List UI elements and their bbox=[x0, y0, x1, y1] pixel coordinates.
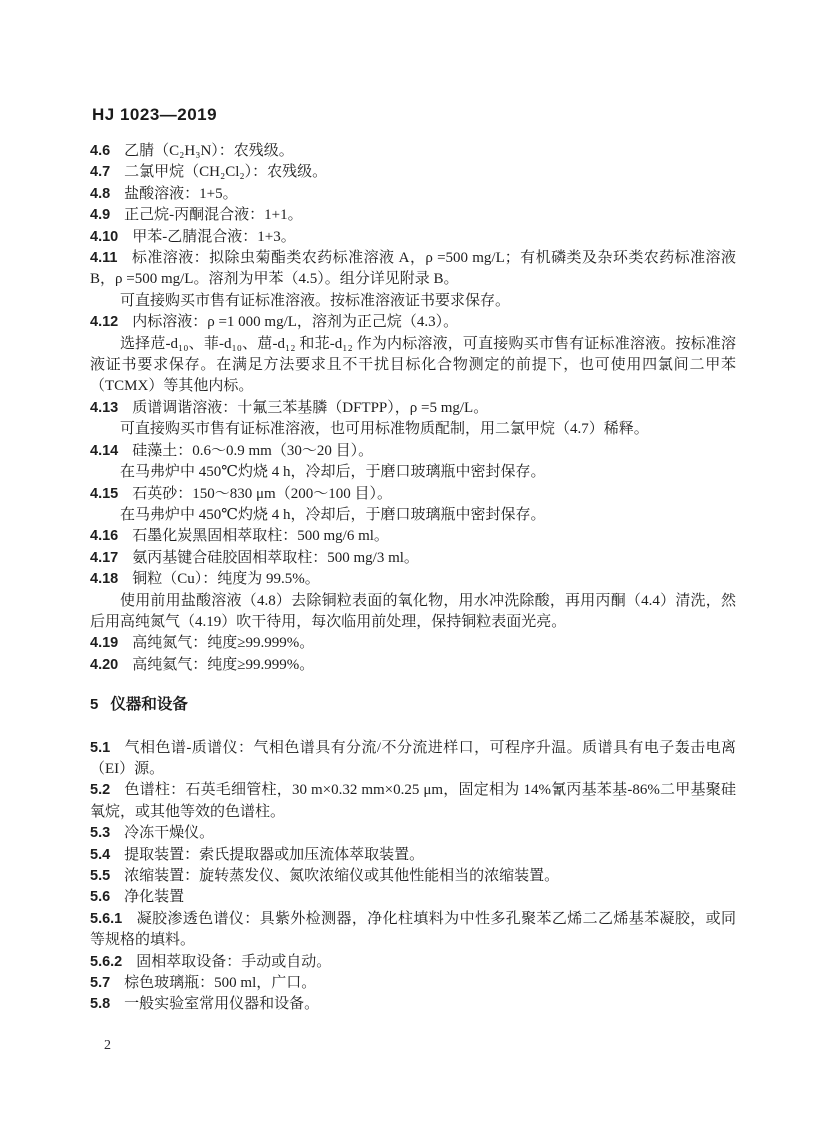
clause-number: 4.9 bbox=[90, 207, 110, 223]
clause-text: 石墨化炭黑固相萃取柱：500 mg/6 ml。 bbox=[132, 528, 389, 544]
clause-text: 固相萃取设备：手动或自动。 bbox=[136, 954, 331, 970]
clause-paragraph: 5.7棕色玻璃瓶：500 ml，广口。 bbox=[90, 973, 736, 994]
clause-text: 气相色谱-质谱仪：气相色谱具有分流/不分流进样口，可程序升温。质谱具有电子轰击电… bbox=[90, 740, 736, 777]
clause-paragraph: 4.13质谱调谐溶液：十氟三苯基膦（DFTPP），ρ =5 mg/L。 bbox=[90, 398, 736, 419]
clause-text: 一般实验室常用仪器和设备。 bbox=[124, 996, 319, 1012]
document-page: HJ 1023—2019 4.6乙腈（C₂H₃N）：农残级。4.7二氯甲烷（CH… bbox=[0, 0, 816, 1145]
body-paragraph: 在马弗炉中 450℃灼烧 4 h，冷却后，于磨口玻璃瓶中密封保存。 bbox=[90, 505, 736, 526]
clause-number: 4.18 bbox=[90, 571, 118, 587]
clause-paragraph: 4.19高纯氮气：纯度≥99.999%。 bbox=[90, 633, 736, 654]
clause-text: 浓缩装置：旋转蒸发仪、氮吹浓缩仪或其他性能相当的浓缩装置。 bbox=[124, 868, 559, 884]
clause-number: 4.8 bbox=[90, 186, 110, 202]
clause-text: 色谱柱：石英毛细管柱，30 m×0.32 mm×0.25 μm，固定相为 14%… bbox=[90, 782, 736, 819]
clause-number: 4.13 bbox=[90, 400, 118, 416]
clause-number: 5.6 bbox=[90, 889, 110, 905]
clause-text: 仪器和设备 bbox=[110, 696, 188, 713]
clause-text: 可直接购买市售有证标准溶液。按标准溶液证书要求保存。 bbox=[120, 293, 510, 309]
clause-paragraph: 5.2色谱柱：石英毛细管柱，30 m×0.32 mm×0.25 μm，固定相为 … bbox=[90, 780, 736, 823]
clause-paragraph: 4.8盐酸溶液：1+5。 bbox=[90, 184, 736, 205]
clause-paragraph: 5.5浓缩装置：旋转蒸发仪、氮吹浓缩仪或其他性能相当的浓缩装置。 bbox=[90, 866, 736, 887]
clause-text: 净化装置 bbox=[124, 889, 184, 905]
clause-paragraph: 5.1气相色谱-质谱仪：气相色谱具有分流/不分流进样口，可程序升温。质谱具有电子… bbox=[90, 738, 736, 781]
clause-paragraph: 5.8一般实验室常用仪器和设备。 bbox=[90, 994, 736, 1015]
clause-text: 高纯氮气：纯度≥99.999%。 bbox=[132, 635, 314, 651]
clause-paragraph: 4.16石墨化炭黑固相萃取柱：500 mg/6 ml。 bbox=[90, 526, 736, 547]
clause-number: 4.7 bbox=[90, 164, 110, 180]
clause-paragraph: 5.3冷冻干燥仪。 bbox=[90, 823, 736, 844]
clause-text: 标准溶液：拟除虫菊酯类农药标准溶液 A，ρ =500 mg/L；有机磷类及杂环类… bbox=[90, 250, 736, 287]
clause-number: 5.4 bbox=[90, 847, 110, 863]
clause-text: 质谱调谐溶液：十氟三苯基膦（DFTPP），ρ =5 mg/L。 bbox=[132, 400, 488, 416]
clause-text: 提取装置：索氏提取器或加压流体萃取装置。 bbox=[124, 847, 424, 863]
clause-number: 5.2 bbox=[90, 782, 110, 798]
clause-number: 4.12 bbox=[90, 314, 118, 330]
clause-number: 5.5 bbox=[90, 868, 110, 884]
page-number: 2 bbox=[104, 1038, 111, 1054]
clause-number: 5.6.2 bbox=[90, 954, 122, 970]
clause-text: 甲苯-乙腈混合液：1+3。 bbox=[132, 229, 295, 245]
clause-text: 铜粒（Cu）：纯度为 99.5%。 bbox=[132, 571, 320, 587]
clause-number: 4.19 bbox=[90, 635, 118, 651]
clause-text: 在马弗炉中 450℃灼烧 4 h，冷却后，于磨口玻璃瓶中密封保存。 bbox=[120, 507, 546, 523]
clause-number: 5.1 bbox=[90, 740, 110, 756]
clause-text: 使用前用盐酸溶液（4.8）去除铜粒表面的氧化物，用水冲洗除酸，再用丙酮（4.4）… bbox=[90, 593, 736, 630]
clause-text: 可直接购买市售有证标准溶液，也可用标准物质配制，用二氯甲烷（4.7）稀释。 bbox=[120, 421, 649, 437]
clause-paragraph: 5.6.1凝胶渗透色谱仪：具紫外检测器，净化柱填料为中性多孔聚苯乙烯二乙烯基苯凝… bbox=[90, 909, 736, 952]
document-body: 4.6乙腈（C₂H₃N）：农残级。4.7二氯甲烷（CH₂Cl₂）：农残级。4.8… bbox=[90, 141, 736, 1016]
clause-number: 4.14 bbox=[90, 443, 118, 459]
clause-paragraph: 4.6乙腈（C₂H₃N）：农残级。 bbox=[90, 141, 736, 162]
clause-number: 5.7 bbox=[90, 975, 110, 991]
clause-paragraph: 4.14硅藻土：0.6～0.9 mm（30～20 目）。 bbox=[90, 441, 736, 462]
clause-paragraph: 4.18铜粒（Cu）：纯度为 99.5%。 bbox=[90, 569, 736, 590]
clause-text: 选择苊-d₁₀、菲-d₁₀、䓛-d₁₂ 和苝-d₁₂ 作为内标溶液，可直接购买市… bbox=[90, 336, 736, 395]
clause-text: 硅藻土：0.6～0.9 mm（30～20 目）。 bbox=[132, 443, 373, 459]
clause-text: 凝胶渗透色谱仪：具紫外检测器，净化柱填料为中性多孔聚苯乙烯二乙烯基苯凝胶，或同等… bbox=[90, 911, 736, 948]
body-paragraph: 在马弗炉中 450℃灼烧 4 h，冷却后，于磨口玻璃瓶中密封保存。 bbox=[90, 462, 736, 483]
clause-number: 5.3 bbox=[90, 825, 110, 841]
body-paragraph: 使用前用盐酸溶液（4.8）去除铜粒表面的氧化物，用水冲洗除酸，再用丙酮（4.4）… bbox=[90, 591, 736, 634]
clause-text: 石英砂：150～830 μm（200～100 目）。 bbox=[132, 486, 392, 502]
clause-paragraph: 4.10甲苯-乙腈混合液：1+3。 bbox=[90, 227, 736, 248]
clause-number: 4.20 bbox=[90, 657, 118, 673]
clause-text: 高纯氦气：纯度≥99.999%。 bbox=[132, 657, 314, 673]
clause-text: 内标溶液：ρ =1 000 mg/L，溶剂为正己烷（4.3）。 bbox=[132, 314, 458, 330]
clause-text: 冷冻干燥仪。 bbox=[124, 825, 214, 841]
body-paragraph: 可直接购买市售有证标准溶液，也可用标准物质配制，用二氯甲烷（4.7）稀释。 bbox=[90, 419, 736, 440]
clause-number: 4.16 bbox=[90, 528, 118, 544]
clause-number: 4.6 bbox=[90, 143, 110, 159]
clause-text: 二氯甲烷（CH₂Cl₂）：农残级。 bbox=[124, 164, 327, 180]
clause-text: 乙腈（C₂H₃N）：农残级。 bbox=[124, 143, 294, 159]
clause-number: 4.17 bbox=[90, 550, 118, 566]
clause-paragraph: 4.7二氯甲烷（CH₂Cl₂）：农残级。 bbox=[90, 162, 736, 183]
clause-paragraph: 5.6.2固相萃取设备：手动或自动。 bbox=[90, 952, 736, 973]
clause-text: 在马弗炉中 450℃灼烧 4 h，冷却后，于磨口玻璃瓶中密封保存。 bbox=[120, 464, 546, 480]
clause-text: 盐酸溶液：1+5。 bbox=[124, 186, 237, 202]
standard-number-header: HJ 1023—2019 bbox=[92, 105, 217, 125]
clause-number: 4.10 bbox=[90, 229, 118, 245]
clause-paragraph: 4.12内标溶液：ρ =1 000 mg/L，溶剂为正己烷（4.3）。 bbox=[90, 312, 736, 333]
clause-paragraph: 5.6净化装置 bbox=[90, 887, 736, 908]
clause-paragraph: 4.17氨丙基键合硅胶固相萃取柱：500 mg/3 ml。 bbox=[90, 548, 736, 569]
clause-text: 正己烷-丙酮混合液：1+1。 bbox=[124, 207, 302, 223]
clause-paragraph: 4.15石英砂：150～830 μm（200～100 目）。 bbox=[90, 484, 736, 505]
clause-text: 氨丙基键合硅胶固相萃取柱：500 mg/3 ml。 bbox=[132, 550, 419, 566]
clause-paragraph: 5.4提取装置：索氏提取器或加压流体萃取装置。 bbox=[90, 845, 736, 866]
clause-number: 5 bbox=[90, 696, 98, 713]
body-paragraph: 选择苊-d₁₀、菲-d₁₀、䓛-d₁₂ 和苝-d₁₂ 作为内标溶液，可直接购买市… bbox=[90, 334, 736, 398]
section-heading: 5仪器和设备 bbox=[90, 694, 736, 715]
clause-number: 4.15 bbox=[90, 486, 118, 502]
body-paragraph: 可直接购买市售有证标准溶液。按标准溶液证书要求保存。 bbox=[90, 291, 736, 312]
clause-text: 棕色玻璃瓶：500 ml，广口。 bbox=[124, 975, 316, 991]
clause-paragraph: 4.20高纯氦气：纯度≥99.999%。 bbox=[90, 655, 736, 676]
clause-paragraph: 4.9正己烷-丙酮混合液：1+1。 bbox=[90, 205, 736, 226]
clause-number: 4.11 bbox=[90, 250, 117, 266]
clause-number: 5.6.1 bbox=[90, 911, 122, 927]
clause-number: 5.8 bbox=[90, 996, 110, 1012]
clause-paragraph: 4.11标准溶液：拟除虫菊酯类农药标准溶液 A，ρ =500 mg/L；有机磷类… bbox=[90, 248, 736, 291]
